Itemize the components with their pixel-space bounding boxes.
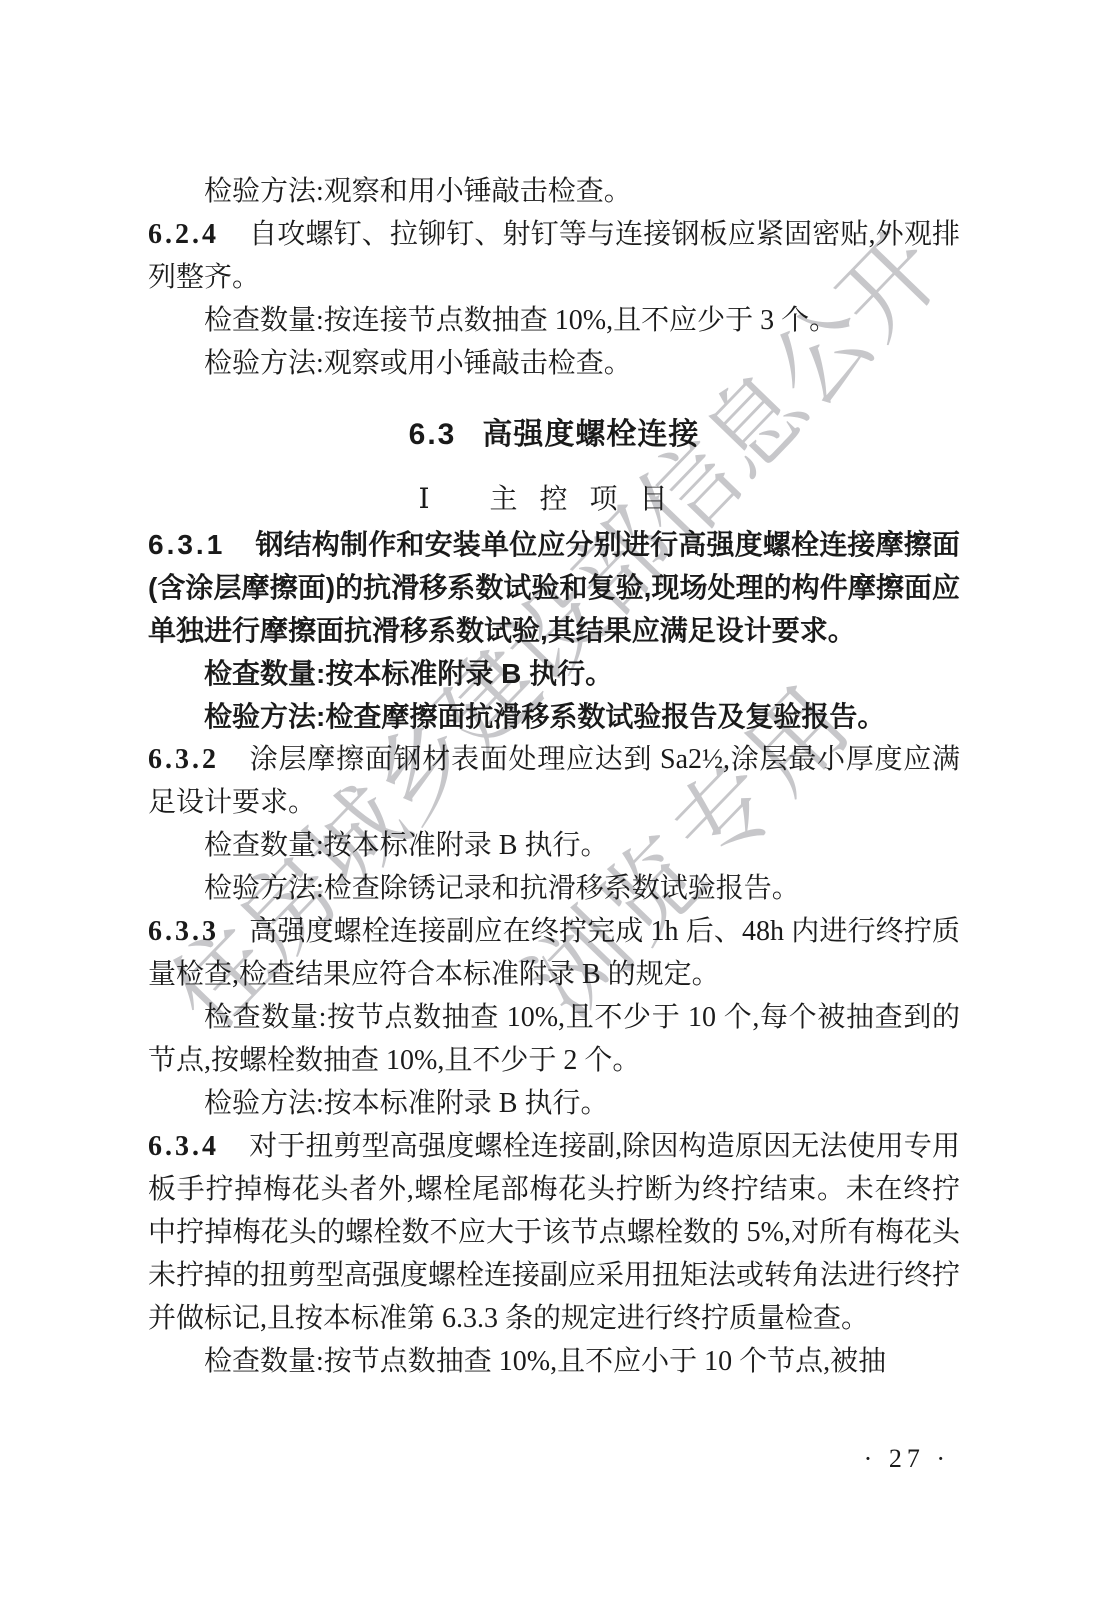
clause-632-text: 涂层摩擦面钢材表面处理应达到 Sa2½,涂层最小厚度应满足设计要求。 (148, 744, 960, 818)
section-63-heading-number: 6.3 (409, 418, 457, 451)
clause-631: 6.3.1钢结构制作和安装单位应分别进行高强度螺栓连接摩擦面(含涂层摩擦面)的抗… (148, 523, 960, 652)
clause-631-text: 钢结构制作和安装单位应分别进行高强度螺栓连接摩擦面(含涂层摩擦面)的抗滑移系数试… (148, 529, 960, 646)
section-63-heading: 6.3高强度螺栓连接 (148, 413, 960, 456)
clause-624-number: 6.2.4 (148, 219, 219, 250)
roman-numeral-one: Ⅰ (418, 484, 429, 515)
clause-632-number: 6.3.2 (148, 744, 219, 775)
document-page: { "colors": { "background": "#ffffff", "… (0, 0, 1106, 1598)
clause-633-method-line: 检验方法:按本标准附录 B 执行。 (148, 1082, 960, 1125)
clause-634-text: 对于扭剪型高强度螺栓连接副,除因构造原因无法使用专用板手拧掉梅花头者外,螺栓尾部… (148, 1131, 960, 1334)
subsection-heading-master-items: Ⅰ主控项目 (148, 478, 960, 521)
clause-633-number: 6.3.3 (148, 916, 219, 947)
clause-633-text: 高强度螺栓连接副应在终拧完成 1h 后、48h 内进行终拧质量检查,检查结果应符… (148, 916, 960, 990)
page-number: · 27 · (864, 1444, 950, 1474)
clause-624-method-line: 检验方法:观察或用小锤敲击检查。 (148, 342, 960, 385)
clause-631-number: 6.3.1 (148, 529, 225, 560)
section-63-heading-title: 高强度螺栓连接 (482, 418, 699, 451)
subsection-heading-label: 主控项目 (468, 484, 690, 515)
clause-624-text: 自攻螺钉、拉铆钉、射钉等与连接钢板应紧固密贴,外观排列整齐。 (148, 219, 960, 293)
clause-634: 6.3.4对于扭剪型高强度螺栓连接副,除因构造原因无法使用专用板手拧掉梅花头者外… (148, 1125, 960, 1340)
clause-624-check-line: 检查数量:按连接节点数抽查 10%,且不应少于 3 个。 (148, 299, 960, 342)
clause-634-number: 6.3.4 (148, 1131, 219, 1162)
page-content: 检验方法:观察和用小锤敲击检查。 6.2.4自攻螺钉、拉铆钉、射钉等与连接钢板应… (148, 170, 960, 1383)
clause-632-method-line: 检验方法:检查除锈记录和抗滑移系数试验报告。 (148, 867, 960, 910)
clause-633: 6.3.3高强度螺栓连接副应在终拧完成 1h 后、48h 内进行终拧质量检查,检… (148, 910, 960, 996)
clause-632-check-line: 检查数量:按本标准附录 B 执行。 (148, 824, 960, 867)
clause-623-method-line: 检验方法:观察和用小锤敲击检查。 (148, 170, 960, 213)
clause-624: 6.2.4自攻螺钉、拉铆钉、射钉等与连接钢板应紧固密贴,外观排列整齐。 (148, 213, 960, 299)
clause-634-check-line: 检查数量:按节点数抽查 10%,且不应小于 10 个节点,被抽 (148, 1340, 960, 1383)
clause-633-check-line: 检查数量:按节点数抽查 10%,且不少于 10 个,每个被抽查到的节点,按螺栓数… (148, 996, 960, 1082)
clause-631-method-line: 检验方法:检查摩擦面抗滑移系数试验报告及复验报告。 (148, 695, 960, 738)
clause-632: 6.3.2涂层摩擦面钢材表面处理应达到 Sa2½,涂层最小厚度应满足设计要求。 (148, 738, 960, 824)
clause-631-check-line: 检查数量:按本标准附录 B 执行。 (148, 652, 960, 695)
clause-631-block: 6.3.1钢结构制作和安装单位应分别进行高强度螺栓连接摩擦面(含涂层摩擦面)的抗… (148, 523, 960, 738)
